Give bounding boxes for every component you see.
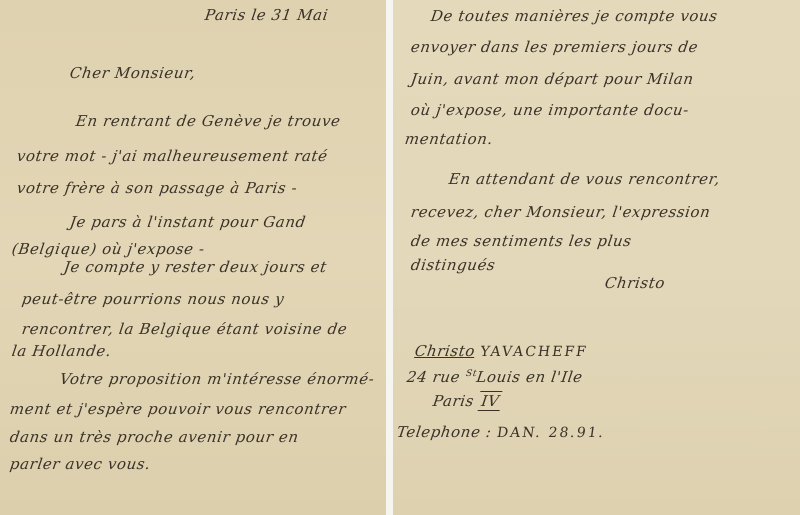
letter-line: En rentrant de Genève je trouve: [75, 112, 342, 130]
letter-line: votre mot - j'ai malheureusement raté: [16, 147, 329, 165]
letter-line: votre frère à son passage à Paris -: [16, 179, 299, 197]
letter-salutation: Cher Monsieur,: [69, 64, 197, 82]
address-street: 24 rue StLouis en l'Ile: [406, 368, 584, 386]
address-city-name: Paris: [432, 392, 476, 410]
address-arrondissement: IV: [478, 391, 503, 411]
address-city: Paris IV: [432, 392, 503, 410]
letter-line: la Hollande.: [11, 342, 113, 360]
address-phone: Telephone : DAN. 28.91.: [396, 423, 607, 441]
address-name: Christo YAVACHEFF: [414, 342, 589, 360]
letter-line: où j'expose, une importante docu-: [410, 101, 691, 119]
letter-date: Paris le 31 Mai: [204, 6, 330, 24]
letter-line: Je pars à l'instant pour Gand: [69, 213, 307, 231]
letter-line: peut-être pourrions nous nous y: [21, 290, 286, 308]
letter-page-right: De toutes manières je compte vous envoye…: [393, 0, 800, 515]
letter-line: parler avec vous.: [9, 455, 152, 473]
letter-line: rencontrer, la Belgique étant voisine de: [21, 320, 349, 338]
letter-line: Juin, avant mon départ pour Milan: [410, 70, 695, 88]
letter-line: de mes sentiments les plus: [410, 232, 633, 250]
address-street-rest: Louis en l'Ile: [475, 368, 584, 386]
letter-line: mentation.: [404, 130, 495, 148]
address-phone-label: Telephone :: [396, 423, 493, 441]
address-first-name: Christo: [414, 342, 477, 360]
letter-line: (Belgique) où j'expose -: [11, 240, 206, 258]
address-last-name: YAVACHEFF: [479, 344, 589, 360]
letter-line: Je compte y rester deux jours et: [63, 258, 328, 276]
address-phone-value: DAN. 28.91.: [496, 425, 606, 441]
letter-line: dans un très proche avenir pour en: [9, 428, 300, 446]
letter-line: ment et j'espère pouvoir vous rencontrer: [9, 400, 348, 418]
address-street-number: 24 rue: [406, 368, 462, 386]
letter-line: De toutes manières je compte vous: [430, 7, 719, 25]
letter-signature: Christo: [604, 274, 667, 292]
letter-line: Votre proposition m'intéresse énormé-: [59, 370, 376, 388]
letter-line: distingués: [410, 256, 497, 274]
letter-line: recevez, cher Monsieur, l'expression: [410, 203, 712, 221]
letter-page-left: Paris le 31 Mai Cher Monsieur, En rentra…: [0, 0, 386, 515]
letter-line: En attendant de vous rencontrer,: [448, 170, 722, 188]
letter-line: envoyer dans les premiers jours de: [410, 38, 700, 56]
